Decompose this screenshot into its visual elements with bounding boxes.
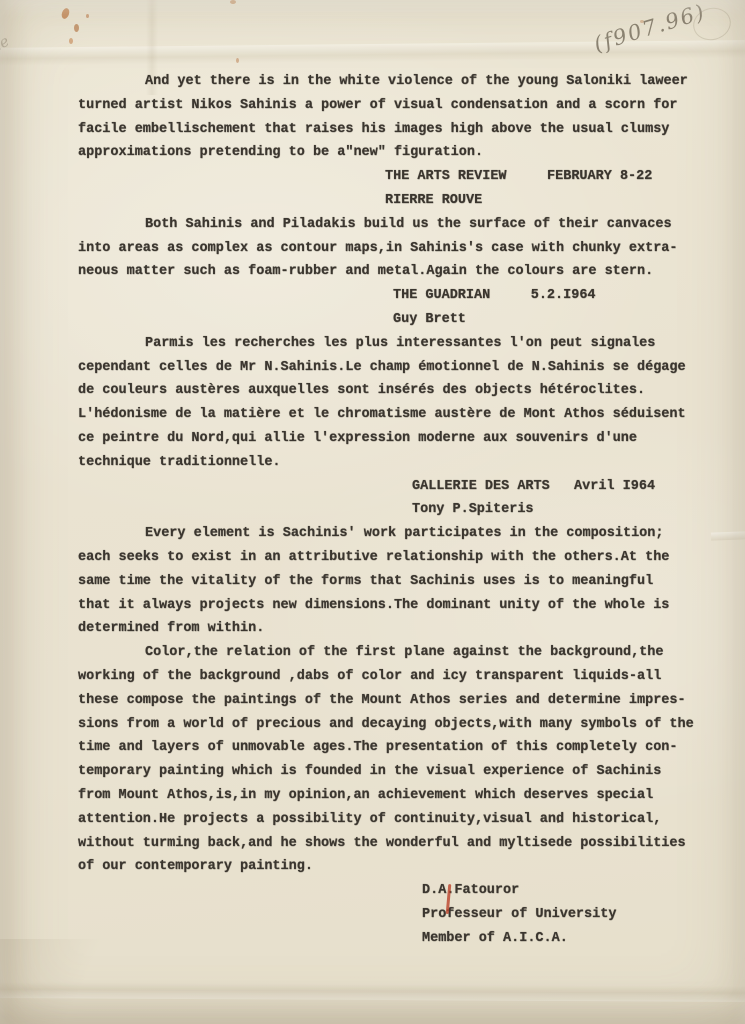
typewritten-page-scan: (f907.96) le And yet there is in the whi… [0, 0, 745, 1024]
citation-author: Tony P.Spiteris [412, 498, 718, 522]
stray-ink-mark [557, 816, 559, 823]
text-line: cependant celles de Mr N.Sahinis.Le cham… [78, 356, 718, 380]
text-line: from Mount Athos,is,in my opinion,an ach… [78, 784, 718, 808]
rust-stain [69, 38, 73, 44]
signature-title: Professeur of University [422, 903, 718, 927]
signature-name: D.A.Fatouror [422, 879, 718, 903]
citation-source: THE GUADRIAN 5.2.I964 [393, 284, 718, 308]
text-line: without turming back,and he shows the wo… [78, 832, 718, 856]
text-line: Parmis les recherches les plus interessa… [78, 332, 718, 356]
text-line: temporary painting which is founded in t… [78, 760, 718, 784]
text-line: Color,the relation of the first plane ag… [78, 641, 718, 665]
text-line: And yet there is in the white violence o… [78, 70, 718, 94]
text-line: de couleurs austères auxquelles sont ins… [78, 379, 718, 403]
citation-source: THE ARTS REVIEW FEBRUARY 8-22 [385, 165, 718, 189]
text-line: L'hédonisme de la matière et le chromati… [78, 403, 718, 427]
text-line: determined from within. [78, 617, 718, 641]
text-line: of our contemporary painting. [78, 855, 718, 879]
rust-stain [86, 14, 89, 18]
text-line: technique traditionnelle. [78, 451, 718, 475]
text-line: each seeks to exist in an attributive re… [78, 546, 718, 570]
signature-affiliation: Member of A.I.C.A. [422, 927, 718, 951]
text-line: Every element is Sachinis' work particip… [78, 522, 718, 546]
text-line: attention.He projects a possibility of c… [78, 808, 718, 832]
typewritten-text-body: And yet there is in the white violence o… [78, 70, 718, 950]
rust-stain [60, 7, 70, 20]
paper-crease-corner [0, 939, 150, 1024]
citation-author: RIERRE ROUVE [385, 189, 718, 213]
text-line: Both Sahinis and Piladakis build us the … [78, 213, 718, 237]
text-line: facile embellischement that raises his i… [78, 118, 718, 142]
text-line: working of the background ,dabs of color… [78, 665, 718, 689]
text-line: that it always projects new dimensions.T… [78, 594, 718, 618]
text-line: sions from a world of precious and decay… [78, 713, 718, 737]
text-line: neous matter such as foam-rubber and met… [78, 260, 718, 284]
text-line: ce peintre du Nord,qui allie l'expressio… [78, 427, 718, 451]
text-line: these compose the paintings of the Mount… [78, 689, 718, 713]
text-line: approximations pretending to be a"new" f… [78, 141, 718, 165]
citation-author: Guy Brett [393, 308, 718, 332]
text-line: turned artist Nikos Sahinis a power of v… [78, 94, 718, 118]
rust-stain [74, 24, 79, 32]
text-line: time and layers of unmovable ages.The pr… [78, 736, 718, 760]
text-line: same time the vitality of the forms that… [78, 570, 718, 594]
rust-stain [230, 0, 236, 4]
rust-stain [236, 58, 239, 63]
text-line: into areas as complex as contour maps,in… [78, 237, 718, 261]
citation-source: GALLERIE DES ARTS Avril I964 [412, 475, 718, 499]
